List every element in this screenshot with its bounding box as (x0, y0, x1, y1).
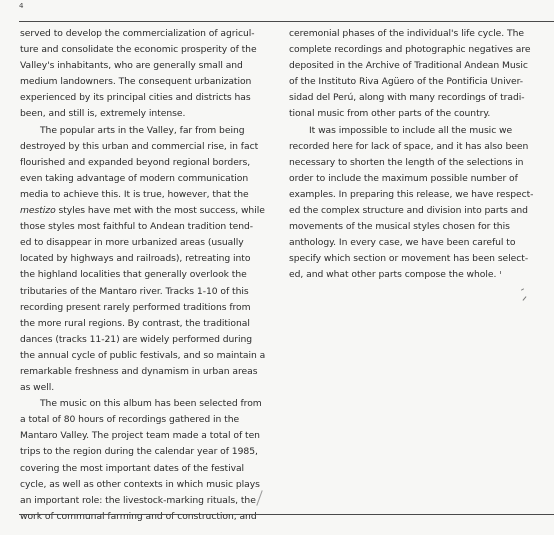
text-line: served to develop the commercialization … (20, 26, 268, 42)
text-line: remarkable freshness and dynamism in urb… (20, 364, 268, 380)
text-line: trips to the region during the calendar … (20, 444, 268, 460)
text-line: tributaries of the Mantaro river. Tracks… (20, 284, 268, 300)
scan-speck (521, 288, 524, 290)
text-line: cycle, as well as other contexts in whic… (20, 477, 268, 493)
text-line: work of communal farming and of construc… (20, 509, 268, 525)
text-line: examples. In preparing this release, we … (289, 187, 549, 203)
text-line: been, and still is, extremely intense. (20, 106, 268, 122)
text-line: ture and consolidate the economic prospe… (20, 42, 268, 58)
text-line: of the Instituto Riva Agüero of the Pont… (289, 74, 549, 90)
left-column: served to develop the commercialization … (20, 26, 268, 525)
text-line: covering the most important dates of the… (20, 461, 268, 477)
top-rule (19, 21, 554, 22)
text-line: a total of 80 hours of recordings gather… (20, 412, 268, 428)
italic-term: mestizo (20, 205, 56, 216)
text-line: Valley's inhabitants, who are generally … (20, 58, 268, 74)
text-line: movements of the musical styles chosen f… (289, 219, 549, 235)
bottom-rule (19, 514, 554, 515)
text-line: necessary to shorten the length of the s… (289, 155, 549, 171)
page-number: 4 (19, 2, 23, 10)
text-line: deposited in the Archive of Traditional … (289, 58, 549, 74)
text-line: located by highways and railroads), retr… (20, 251, 268, 267)
text-line: the annual cycle of public festivals, an… (20, 348, 268, 364)
text-line: specify which section or movement has be… (289, 251, 549, 267)
text-line: ed, and what other parts compose the who… (289, 267, 549, 283)
text-line: Mantaro Valley. The project team made a … (20, 428, 268, 444)
text-line: order to include the maximum possible nu… (289, 171, 549, 187)
text-line: experienced by its principal cities and … (20, 90, 268, 106)
text-line: medium landowners. The consequent urbani… (20, 74, 268, 90)
text-line: media to achieve this. It is true, howev… (20, 187, 268, 203)
text-line: the highland localities that generally o… (20, 267, 268, 283)
text-line: ed to disappear in more urbanized areas … (20, 235, 268, 251)
paragraph-start-line: The popular arts in the Valley, far from… (20, 123, 268, 139)
text-line: dances (tracks 11-21) are widely perform… (20, 332, 268, 348)
text-line: those styles most faithful to Andean tra… (20, 219, 268, 235)
scan-speck (523, 296, 527, 300)
paragraph-start-line: The music on this album has been selecte… (20, 396, 268, 412)
text-line: recorded here for lack of space, and it … (289, 139, 549, 155)
text-line: flourished and expanded beyond regional … (20, 155, 268, 171)
text-line: an important role: the livestock-marking… (20, 493, 268, 509)
text-line: mestizo styles have met with the most su… (20, 203, 268, 219)
text-line: sidad del Perú, along with many recordin… (289, 90, 549, 106)
text-line: tional music from other parts of the cou… (289, 106, 549, 122)
paragraph-start-line: It was impossible to include all the mus… (289, 123, 549, 139)
text-line: ed the complex structure and division in… (289, 203, 549, 219)
text-line: anthology. In every case, we have been c… (289, 235, 549, 251)
text-line: even taking advantage of modern communic… (20, 171, 268, 187)
text-line: as well. (20, 380, 268, 396)
text-line: recording present rarely performed tradi… (20, 300, 268, 316)
text-fragment: styles have met with the most success, w… (59, 205, 265, 216)
text-line: destroyed by this urban and commercial r… (20, 139, 268, 155)
text-line: the more rural regions. By contrast, the… (20, 316, 268, 332)
right-column: ceremonial phases of the individual's li… (289, 26, 549, 284)
text-line: ceremonial phases of the individual's li… (289, 26, 549, 42)
scan-speck (500, 271, 501, 274)
text-line: complete recordings and photographic neg… (289, 42, 549, 58)
